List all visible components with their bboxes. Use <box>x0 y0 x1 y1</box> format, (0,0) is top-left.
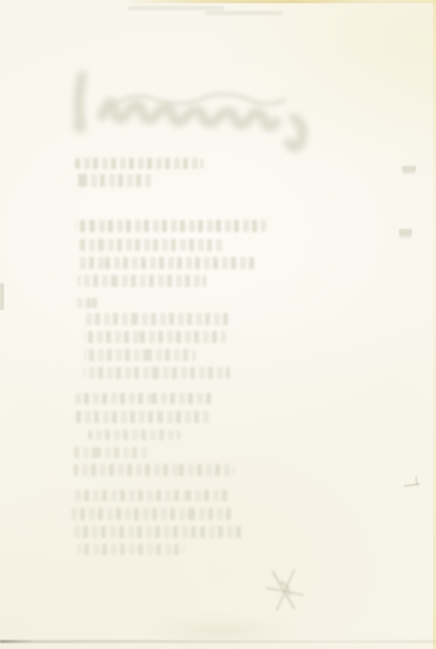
ghost-text-line <box>74 526 245 538</box>
ghost-text-line <box>76 220 266 232</box>
top-edge-line <box>118 0 436 3</box>
top-dash-a <box>128 6 224 10</box>
right-dash-1 <box>402 166 416 171</box>
ghost-text-line <box>77 544 185 555</box>
faded-script-title <box>66 64 328 150</box>
ghost-text-line <box>78 239 223 251</box>
ghost-text-line <box>78 275 206 287</box>
scanned-page <box>0 0 436 649</box>
ghost-text-line <box>71 508 235 520</box>
ghost-text-line <box>88 430 180 440</box>
ghost-text-line <box>74 490 230 501</box>
left-edge-mark <box>0 283 4 310</box>
top-dash-b <box>205 11 283 15</box>
right-dash-2 <box>399 229 412 235</box>
ghost-text-line <box>74 464 234 476</box>
ghost-text-line <box>74 411 210 423</box>
ink-blot-mark <box>264 566 308 618</box>
ghost-text-line <box>84 331 226 343</box>
ghost-text-line <box>75 158 203 169</box>
ghost-text-line <box>84 349 196 361</box>
bottom-edge-line <box>0 640 436 643</box>
ghost-text-line <box>74 447 150 458</box>
ghost-text-line <box>84 367 230 379</box>
margin-hook-mark <box>403 475 421 489</box>
ghost-text-line <box>74 298 98 308</box>
ghost-text-line <box>84 313 230 325</box>
ghost-text-line <box>75 393 215 404</box>
ghost-text-line <box>75 174 151 187</box>
ghost-text-line <box>77 257 255 269</box>
